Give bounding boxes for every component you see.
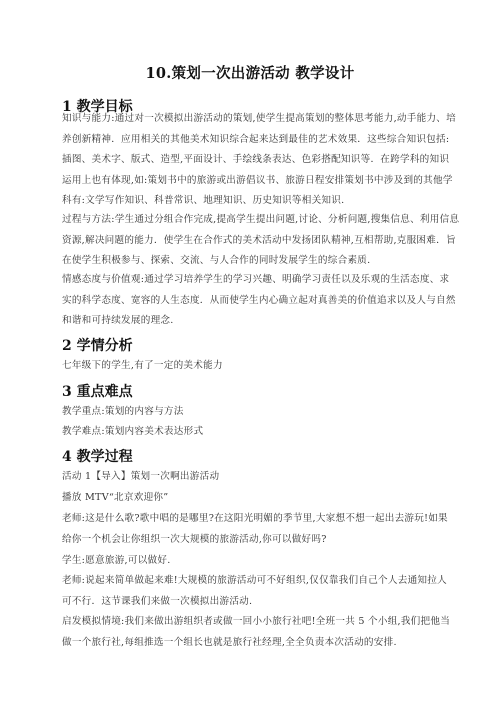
text-line: 教学重点:策划的内容与方法 xyxy=(62,402,442,423)
paragraph-knowledge-ability: 知识与能力:通过对一次模拟出游活动的策划,使学生提高策划的整体思考能力,动手能力… xyxy=(62,109,442,212)
text-line: 启发模拟情境:我们来做出游组织者或做一回小小旅行社吧!全班一共 5 个小组,我们… xyxy=(62,612,442,633)
paragraph-student-analysis: 七年级下的学生,有了一定的美术能力 xyxy=(62,356,442,377)
paragraph-emotion-values: 情感态度与价值观:通过学习培养学生的学习兴趣、明确学习责任以及乐观的生活态度、求… xyxy=(62,270,442,332)
text-line: 七年级下的学生,有了一定的美术能力 xyxy=(62,356,442,377)
text-line: 过程与方法:学生通过分组合作完成,提高学生提出问题,讨论、分析问题,搜集信息、利… xyxy=(62,210,442,231)
text-line: 知识与能力:通过对一次模拟出游活动的策划,使学生提高策划的整体思考能力,动手能力… xyxy=(62,109,442,130)
text-line: 在使学生积极参与、探索、交流、与人合作的同时发展学生的综合素质. xyxy=(62,251,442,272)
text-line: 实的科学态度、宽容的人生态度．从而使学生内心确立起对真善美的价值追求以及人与自然 xyxy=(62,291,442,312)
text-line: 教学难点:策划内容美术表达形式 xyxy=(62,422,442,443)
paragraph-simulation-scenario: 启发模拟情境:我们来做出游组织者或做一回小小旅行社吧!全班一共 5 个小组,我们… xyxy=(62,612,442,653)
text-line: 学生:愿意旅游,可以做好. xyxy=(62,551,442,572)
text-line: 运用上也有体现,如:策划书中的旅游或出游倡议书、旅游日程安排策划书中涉及到的其他… xyxy=(62,171,442,192)
text-line: 可不行．这节课我们来做一次模拟出游活动. xyxy=(62,592,442,613)
paragraph-difficult-point: 教学难点:策划内容美术表达形式 xyxy=(62,422,442,443)
section-heading-key-points: 3 重点难点 xyxy=(62,381,133,401)
paragraph-play-mtv: 播放 MTV“北京欢迎你” xyxy=(62,488,442,509)
text-line: 做一个旅行社,每组推选一个组长也就是旅行社经理,全全负责本次活动的安排. xyxy=(62,633,442,654)
text-line: 老师:这是什么歌?歌中唱的是哪里?在这阳光明媚的季节里,大家想不想一起出去游玩!… xyxy=(62,509,442,530)
section-heading-teaching-process: 4 教学过程 xyxy=(62,446,133,466)
text-line: 资源,解决问题的能力．使学生在合作式的美术活动中发扬团队精神,互相帮助,克服困难… xyxy=(62,231,442,252)
text-line: 养创新精神．应用相关的其他美术知识综合起来达到最佳的艺术效果．这些综合知识包括: xyxy=(62,130,442,151)
paragraph-teacher-response: 老师:说起来简单做起来难!大规模的旅游活动可不好组织,仅仅靠我们自己个人去通知拉… xyxy=(62,571,442,612)
text-line: 插图、美术字、版式、造型,平面设计、手绘线条表达、色彩搭配知识等．在跨学科的知识 xyxy=(62,150,442,171)
text-line: 播放 MTV“北京欢迎你” xyxy=(62,488,442,509)
document-page: 10.策划一次出游活动 教学设计 1 教学目标 知识与能力:通过对一次模拟出游活… xyxy=(0,0,500,707)
text-line: 老师:说起来简单做起来难!大规模的旅游活动可不好组织,仅仅靠我们自己个人去通知拉… xyxy=(62,571,442,592)
text-line: 科有:文学写作知识、科普常识、地理知识、历史知识等相关知识. xyxy=(62,191,442,212)
paragraph-teacher-question: 老师:这是什么歌?歌中唱的是哪里?在这阳光明媚的季节里,大家想不想一起出去游玩!… xyxy=(62,509,442,550)
section-heading-student-analysis: 2 学情分析 xyxy=(62,335,133,355)
paragraph-process-method: 过程与方法:学生通过分组合作完成,提高学生提出问题,讨论、分析问题,搜集信息、利… xyxy=(62,210,442,272)
paragraph-key-point: 教学重点:策划的内容与方法 xyxy=(62,402,442,423)
text-line: 活动 1【导入】策划一次啊出游活动 xyxy=(62,467,442,488)
paragraph-activity-1: 活动 1【导入】策划一次啊出游活动 xyxy=(62,467,442,488)
text-line: 情感态度与价值观:通过学习培养学生的学习兴趣、明确学习责任以及乐观的生活态度、求 xyxy=(62,270,442,291)
document-title: 10.策划一次出游活动 教学设计 xyxy=(0,62,500,83)
text-line: 和谐和可持续发展的理念. xyxy=(62,311,442,332)
paragraph-student-answer: 学生:愿意旅游,可以做好. xyxy=(62,551,442,572)
text-line: 给你一个机会让你组织一次大规模的旅游活动,你可以做好吗? xyxy=(62,530,442,551)
